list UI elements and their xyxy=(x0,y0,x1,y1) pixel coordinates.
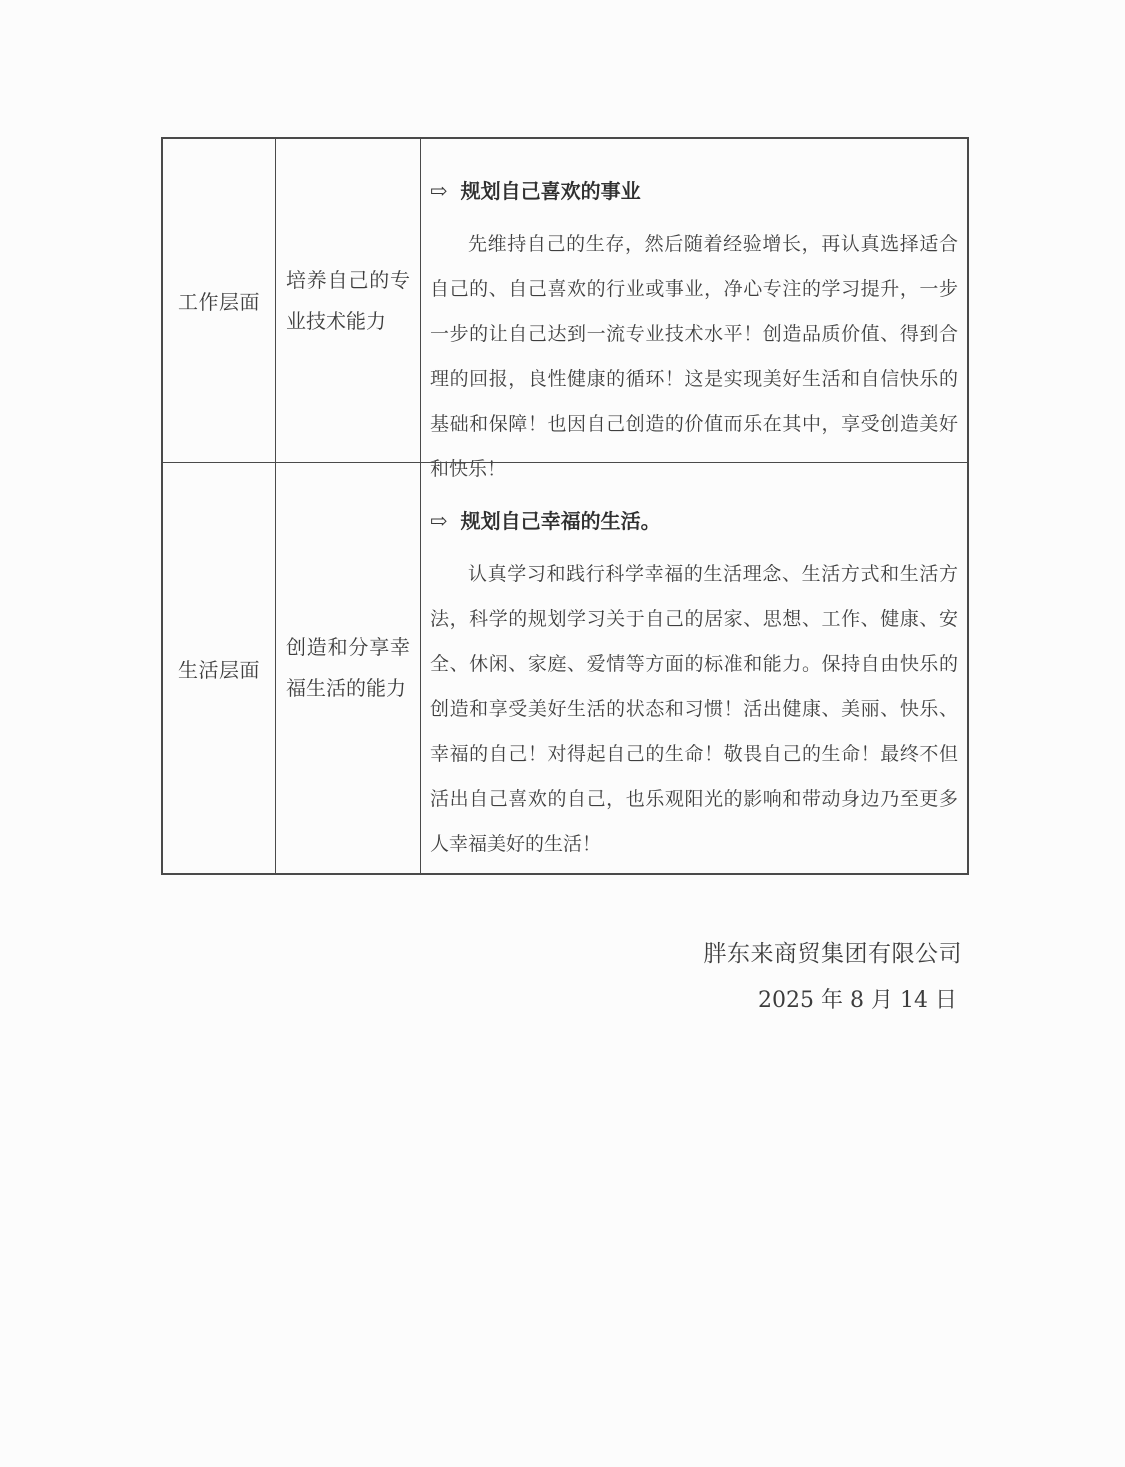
arrow-bullet-icon: ⇨ xyxy=(430,177,448,205)
category-cell-work: 工作层面 xyxy=(163,139,275,462)
category-label-work: 工作层面 xyxy=(178,286,260,315)
arrow-bullet-icon: ⇨ xyxy=(430,507,448,535)
ability-label-life: 创造和分享幸福生活的能力 xyxy=(286,627,410,709)
signature-block: 胖东来商贸集团有限公司 2025 年 8 月 14 日 xyxy=(704,941,963,1013)
signature-date: 2025 年 8 月 14 日 xyxy=(704,988,963,1013)
ability-table: 工作层面 培养自己的专业技术能力 ⇨ 规划自己喜欢的事业 先维持自己的生存，然后… xyxy=(161,137,969,875)
category-label-life: 生活层面 xyxy=(178,654,260,683)
category-cell-life: 生活层面 xyxy=(163,462,275,873)
document-page: 工作层面 培养自己的专业技术能力 ⇨ 规划自己喜欢的事业 先维持自己的生存，然后… xyxy=(0,0,1125,1467)
company-name: 胖东来商贸集团有限公司 xyxy=(704,941,963,967)
section-heading-life: ⇨ 规划自己幸福的生活。 xyxy=(430,507,958,535)
ability-label-work: 培养自己的专业技术能力 xyxy=(286,260,410,342)
body-paragraph-work: 先维持自己的生存，然后随着经验增长，再认真选择适合自己的、自己喜欢的行业或事业，… xyxy=(430,222,958,492)
ability-cell-work: 培养自己的专业技术能力 xyxy=(275,139,420,462)
section-heading-work: ⇨ 规划自己喜欢的事业 xyxy=(430,177,958,205)
section-heading-text: 规划自己喜欢的事业 xyxy=(461,177,641,205)
section-heading-text: 规划自己幸福的生活。 xyxy=(461,507,661,535)
content-cell-work: ⇨ 规划自己喜欢的事业 先维持自己的生存，然后随着经验增长，再认真选择适合自己的… xyxy=(420,139,967,462)
content-cell-life: ⇨ 规划自己幸福的生活。 认真学习和践行科学幸福的生活理念、生活方式和生活方法，… xyxy=(420,462,967,873)
ability-cell-life: 创造和分享幸福生活的能力 xyxy=(275,462,420,873)
body-paragraph-life: 认真学习和践行科学幸福的生活理念、生活方式和生活方法，科学的规划学习关于自己的居… xyxy=(430,552,958,867)
